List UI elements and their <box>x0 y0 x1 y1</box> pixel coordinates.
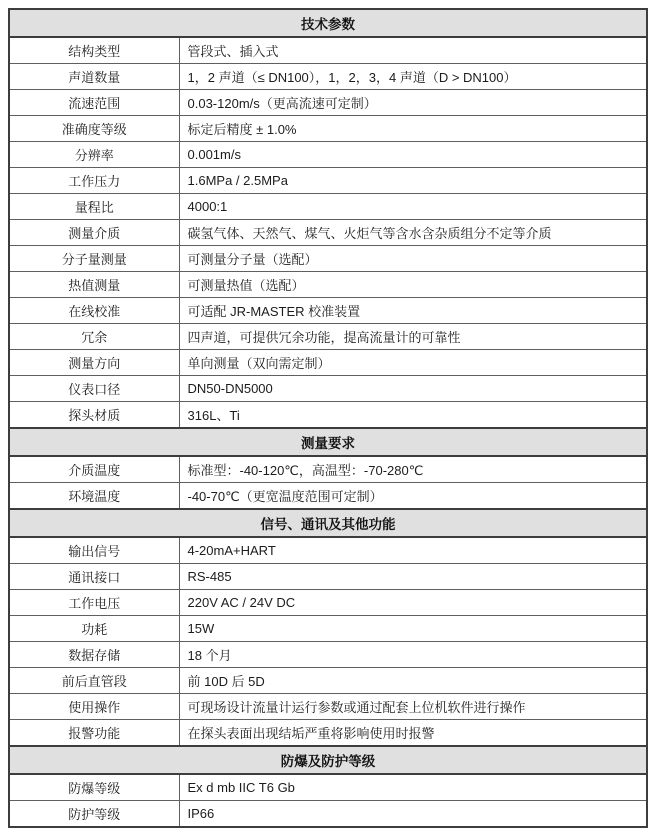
section-title: 防爆及防护等级 <box>9 746 647 774</box>
param-label: 数据存储 <box>9 642 179 668</box>
table-row: 测量方向单向测量（双向需定制） <box>9 350 647 376</box>
param-label: 声道数量 <box>9 64 179 90</box>
spec-table: 技术参数结构类型管段式、插入式声道数量1，2 声道（≤ DN100），1，2，3… <box>8 8 648 828</box>
param-value: 标定后精度 ± 1.0% <box>179 116 647 142</box>
param-label: 准确度等级 <box>9 116 179 142</box>
param-value: 220V AC / 24V DC <box>179 590 647 616</box>
param-label: 防爆等级 <box>9 774 179 801</box>
page: 技术参数结构类型管段式、插入式声道数量1，2 声道（≤ DN100），1，2，3… <box>0 0 654 825</box>
param-label: 探头材质 <box>9 402 179 429</box>
param-label: 防护等级 <box>9 801 179 828</box>
param-value: 1，2 声道（≤ DN100），1，2，3，4 声道（D > DN100） <box>179 64 647 90</box>
param-value: 1.6MPa / 2.5MPa <box>179 168 647 194</box>
param-value: 4-20mA+HART <box>179 537 647 564</box>
param-value: 四声道，可提供冗余功能，提高流量计的可靠性 <box>179 324 647 350</box>
table-row: 声道数量1，2 声道（≤ DN100），1，2，3，4 声道（D > DN100… <box>9 64 647 90</box>
param-value: 18 个月 <box>179 642 647 668</box>
table-row: 输出信号4-20mA+HART <box>9 537 647 564</box>
table-row: 防爆等级Ex d mb IIC T6 Gb <box>9 774 647 801</box>
param-label: 通讯接口 <box>9 564 179 590</box>
table-row: 介质温度标准型：-40-120℃，高温型：-70-280℃ <box>9 456 647 483</box>
section-title: 测量要求 <box>9 428 647 456</box>
param-value: 单向测量（双向需定制） <box>179 350 647 376</box>
table-row: 工作压力1.6MPa / 2.5MPa <box>9 168 647 194</box>
table-row: 探头材质316L、Ti <box>9 402 647 429</box>
param-value: 前 10D 后 5D <box>179 668 647 694</box>
param-value: 0.001m/s <box>179 142 647 168</box>
table-row: 分子量测量可测量分子量（选配） <box>9 246 647 272</box>
param-value: IP66 <box>179 801 647 828</box>
param-label: 仪表口径 <box>9 376 179 402</box>
param-label: 量程比 <box>9 194 179 220</box>
param-label: 测量方向 <box>9 350 179 376</box>
param-value: RS-485 <box>179 564 647 590</box>
param-value: Ex d mb IIC T6 Gb <box>179 774 647 801</box>
param-value: 可现场设计流量计运行参数或通过配套上位机软件进行操作 <box>179 694 647 720</box>
section-header-row: 信号、通讯及其他功能 <box>9 509 647 537</box>
param-label: 热值测量 <box>9 272 179 298</box>
table-row: 数据存储18 个月 <box>9 642 647 668</box>
param-label: 分子量测量 <box>9 246 179 272</box>
table-row: 前后直管段前 10D 后 5D <box>9 668 647 694</box>
param-label: 工作电压 <box>9 590 179 616</box>
param-value: 管段式、插入式 <box>179 37 647 64</box>
param-value: 可测量分子量（选配） <box>179 246 647 272</box>
param-value: 在探头表面出现结垢严重将影响使用时报警 <box>179 720 647 747</box>
table-row: 量程比4000:1 <box>9 194 647 220</box>
table-row: 功耗15W <box>9 616 647 642</box>
section-header-row: 技术参数 <box>9 9 647 37</box>
param-label: 工作压力 <box>9 168 179 194</box>
table-row: 通讯接口RS-485 <box>9 564 647 590</box>
table-row: 工作电压220V AC / 24V DC <box>9 590 647 616</box>
param-label: 环境温度 <box>9 483 179 510</box>
table-row: 防护等级IP66 <box>9 801 647 828</box>
param-label: 分辨率 <box>9 142 179 168</box>
table-row: 在线校准可适配 JR-MASTER 校准装置 <box>9 298 647 324</box>
param-label: 结构类型 <box>9 37 179 64</box>
param-label: 前后直管段 <box>9 668 179 694</box>
param-label: 报警功能 <box>9 720 179 747</box>
table-row: 测量介质碳氢气体、天然气、煤气、火炬气等含水含杂质组分不定等介质 <box>9 220 647 246</box>
table-row: 仪表口径DN50-DN5000 <box>9 376 647 402</box>
param-value: 碳氢气体、天然气、煤气、火炬气等含水含杂质组分不定等介质 <box>179 220 647 246</box>
param-value: 4000:1 <box>179 194 647 220</box>
table-row: 冗余四声道，可提供冗余功能，提高流量计的可靠性 <box>9 324 647 350</box>
table-row: 流速范围0.03-120m/s（更高流速可定制） <box>9 90 647 116</box>
table-row: 报警功能在探头表面出现结垢严重将影响使用时报警 <box>9 720 647 747</box>
param-value: DN50-DN5000 <box>179 376 647 402</box>
table-row: 分辨率0.001m/s <box>9 142 647 168</box>
table-row: 热值测量可测量热值（选配） <box>9 272 647 298</box>
param-value: 0.03-120m/s（更高流速可定制） <box>179 90 647 116</box>
param-value: 标准型：-40-120℃，高温型：-70-280℃ <box>179 456 647 483</box>
param-label: 功耗 <box>9 616 179 642</box>
param-label: 输出信号 <box>9 537 179 564</box>
param-value: 可适配 JR-MASTER 校准装置 <box>179 298 647 324</box>
param-label: 流速范围 <box>9 90 179 116</box>
table-row: 环境温度-40-70℃（更宽温度范围可定制） <box>9 483 647 510</box>
table-row: 使用操作可现场设计流量计运行参数或通过配套上位机软件进行操作 <box>9 694 647 720</box>
param-value: -40-70℃（更宽温度范围可定制） <box>179 483 647 510</box>
param-value: 可测量热值（选配） <box>179 272 647 298</box>
section-header-row: 测量要求 <box>9 428 647 456</box>
param-label: 在线校准 <box>9 298 179 324</box>
section-title: 信号、通讯及其他功能 <box>9 509 647 537</box>
param-label: 冗余 <box>9 324 179 350</box>
param-label: 介质温度 <box>9 456 179 483</box>
section-title: 技术参数 <box>9 9 647 37</box>
param-value: 15W <box>179 616 647 642</box>
table-row: 准确度等级标定后精度 ± 1.0% <box>9 116 647 142</box>
section-header-row: 防爆及防护等级 <box>9 746 647 774</box>
param-value: 316L、Ti <box>179 402 647 429</box>
param-label: 测量介质 <box>9 220 179 246</box>
table-row: 结构类型管段式、插入式 <box>9 37 647 64</box>
param-label: 使用操作 <box>9 694 179 720</box>
